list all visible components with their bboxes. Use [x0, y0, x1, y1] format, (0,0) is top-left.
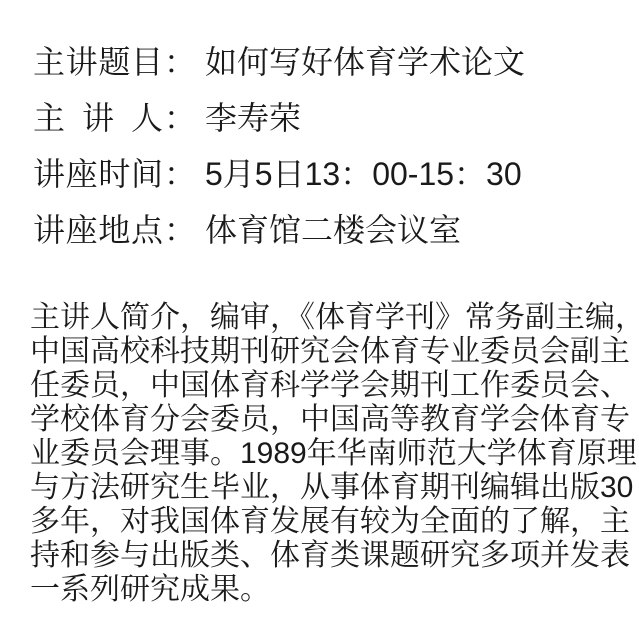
bio-line: 持和参与出版类、体育类课题研究多项并发表 [30, 539, 636, 573]
info-line-topic: 主讲题目：如何写好体育学术论文 [33, 34, 639, 90]
info-line-location: 讲座地点：体育馆二楼会议室 [33, 202, 639, 258]
topic-label: 主讲题目 [33, 34, 163, 90]
lecture-info-block: 主讲题目：如何写好体育学术论文 主 讲 人：李寿荣 讲座时间：5月5日13：00… [0, 0, 639, 258]
bio-line: 多年，对我国体育发展有较为全面的了解，主 [30, 505, 636, 539]
speaker-name-value: 李寿荣 [205, 100, 301, 136]
bio-line: 主讲人简介，编审，《体育学刊》常务副主编， [30, 301, 636, 335]
bio-line: 业委员会理事。1989年华南师范大学体育原理 [30, 437, 636, 471]
time-value: 5月5日13：00-15：30 [205, 156, 522, 192]
time-colon: ： [163, 146, 197, 202]
location-value: 体育馆二楼会议室 [205, 212, 461, 248]
bio-line: 学校体育分会委员，中国高等教育学会体育专 [30, 403, 636, 437]
bio-line: 与方法研究生毕业，从事体育期刊编辑出版30 [30, 471, 636, 505]
bio-line: 一系列研究成果。 [30, 573, 636, 607]
location-label: 讲座地点 [33, 202, 163, 258]
speaker-colon: ： [163, 90, 197, 146]
bio-line: 中国高校科技期刊研究会体育专业委员会副主 [30, 335, 636, 369]
lecture-announcement-page: 主讲题目：如何写好体育学术论文 主 讲 人：李寿荣 讲座时间：5月5日13：00… [0, 0, 639, 630]
topic-colon: ： [163, 34, 197, 90]
location-colon: ： [163, 202, 197, 258]
bio-line: 任委员，中国体育科学学会期刊工作委员会、 [30, 369, 636, 403]
info-line-speaker: 主 讲 人：李寿荣 [33, 90, 639, 146]
speaker-bio-paragraph: 主讲人简介，编审，《体育学刊》常务副主编， 中国高校科技期刊研究会体育专业委员会… [30, 301, 636, 607]
time-label: 讲座时间 [33, 146, 163, 202]
info-line-time: 讲座时间：5月5日13：00-15：30 [33, 146, 639, 202]
topic-value: 如何写好体育学术论文 [205, 44, 525, 80]
speaker-label: 主 讲 人 [33, 90, 163, 146]
